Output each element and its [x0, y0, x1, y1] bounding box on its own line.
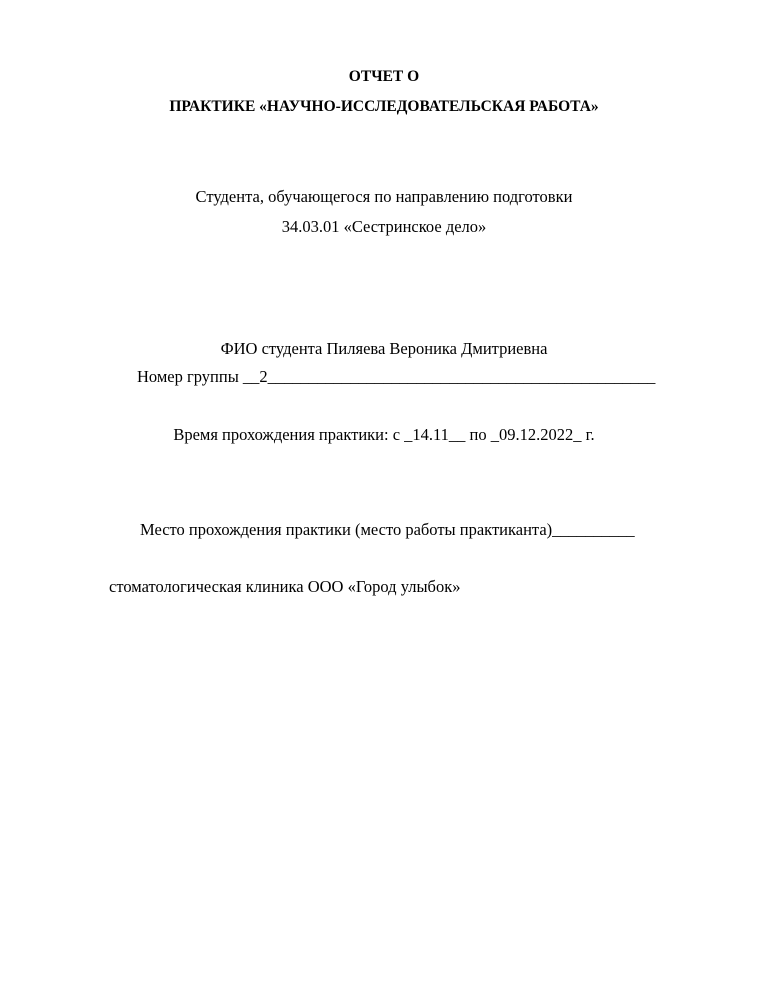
group-number: Номер группы __2________________________… — [137, 367, 655, 387]
program-code: 34.03.01 «Сестринское дело» — [0, 217, 768, 237]
practice-period: Время прохождения практики: с _14.11__ п… — [0, 425, 768, 445]
report-title: ОТЧЕТ О — [0, 67, 768, 87]
report-subtitle: ПРАКТИКЕ «НАУЧНО-ИССЛЕДОВАТЕЛЬСКАЯ РАБОТ… — [0, 97, 768, 117]
practice-place-value: стоматологическая клиника ООО «Город улы… — [109, 577, 460, 597]
practice-place-label: Место прохождения практики (место работы… — [140, 520, 635, 540]
student-name: ФИО студента Пиляева Вероника Дмитриевна — [0, 339, 768, 359]
student-direction: Студента, обучающегося по направлению по… — [0, 187, 768, 207]
